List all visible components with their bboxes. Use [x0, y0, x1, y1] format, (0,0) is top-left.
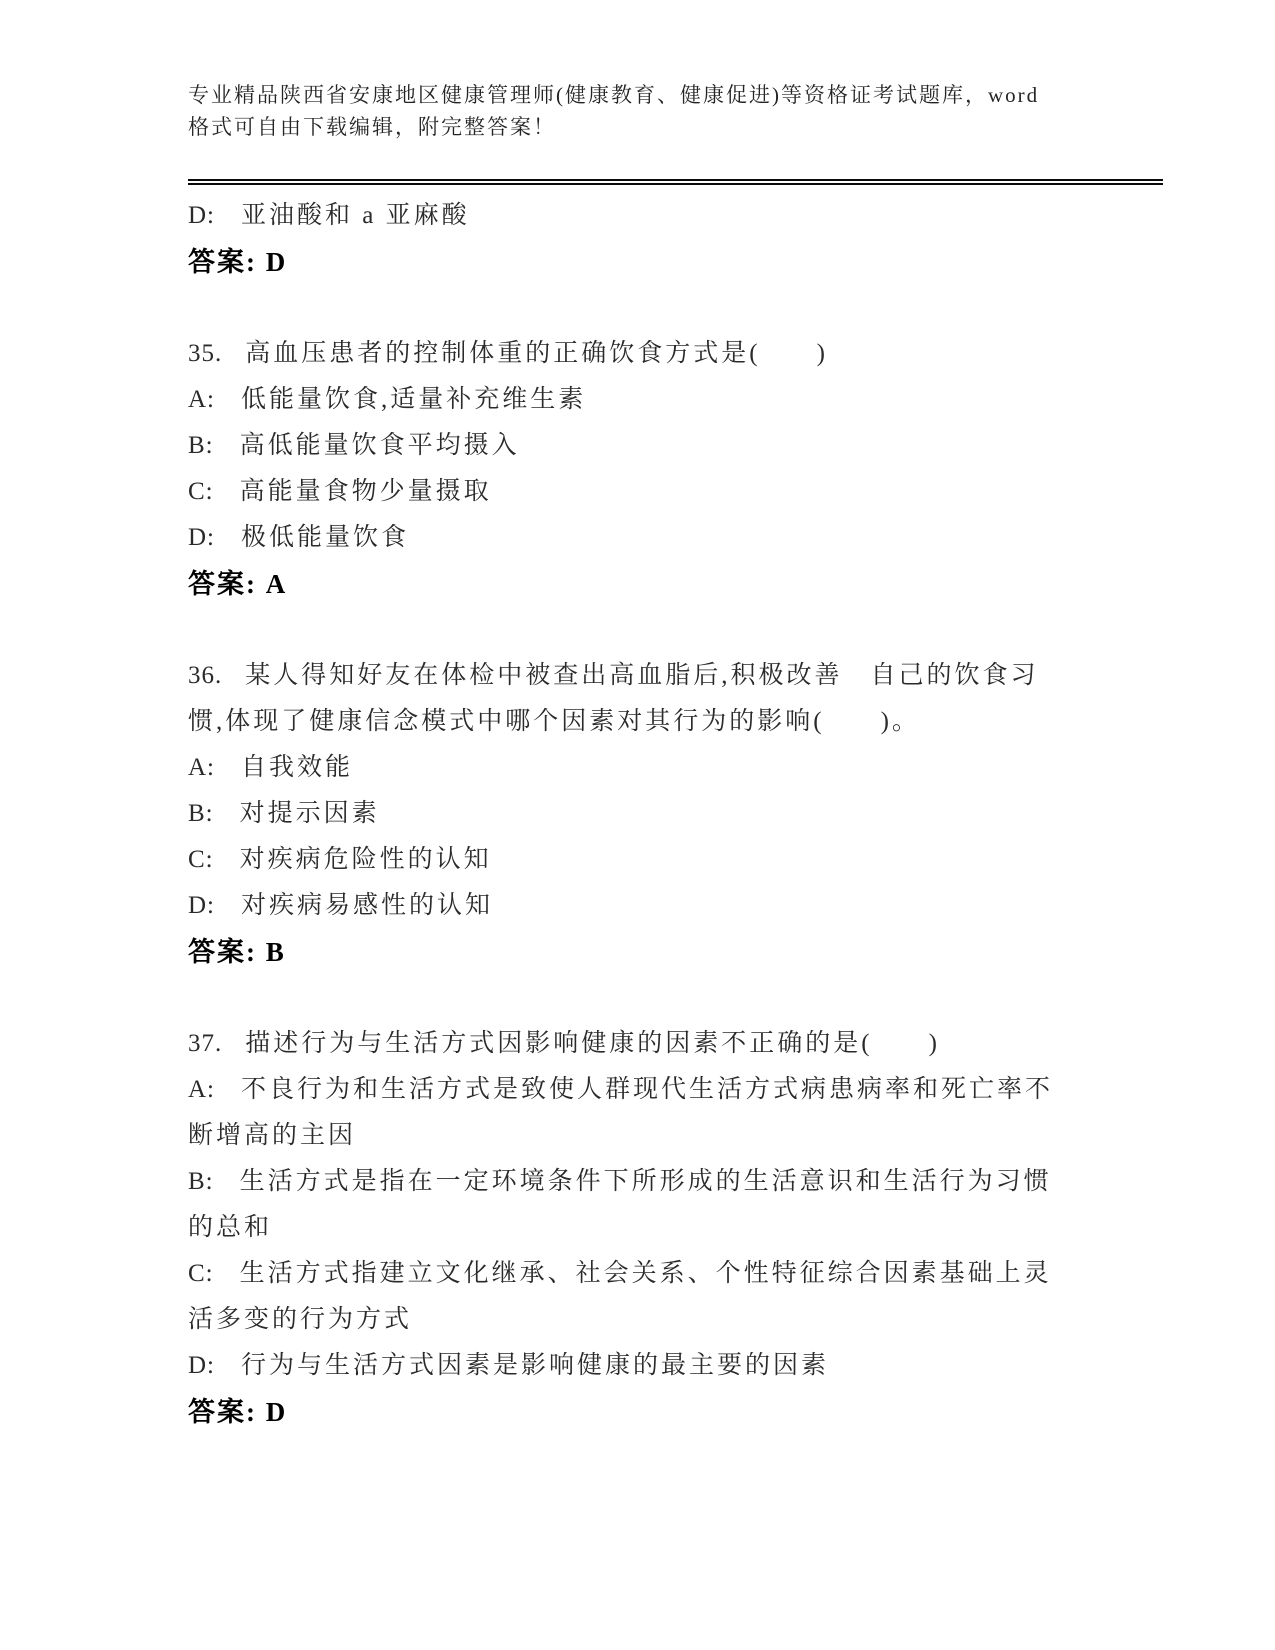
option-text: 自我效能 — [241, 754, 353, 781]
document-content: D:亚油酸和 a 亚麻酸 答案: D 35.高血压患者的控制体重的正确饮食方式是… — [188, 193, 1068, 1435]
option-line: D:行为与生活方式因素是影响健康的最主要的因素 — [188, 1343, 1068, 1389]
option-label: D: — [188, 193, 215, 239]
option-label: C: — [188, 469, 214, 515]
option-label: C: — [188, 1251, 214, 1297]
option-label: C: — [188, 837, 214, 883]
option-text: 生活方式是指在一定环境条件下所形成的生活意识和生活行为习惯的总和 — [188, 1168, 1052, 1241]
option-text: 对疾病危险性的认知 — [240, 846, 492, 873]
option-label: D: — [188, 1343, 215, 1389]
option-line: D:极低能量饮食 — [188, 515, 1068, 561]
option-label: B: — [188, 791, 214, 837]
option-line: D:对疾病易感性的认知 — [188, 883, 1068, 929]
question-stem: 36.某人得知好友在体检中被查出高血脂后,积极改善 自己的饮食习惯,体现了健康信… — [188, 653, 1068, 745]
option-label: A: — [188, 1067, 215, 1113]
option-line: A:低能量饮食,适量补充维生素 — [188, 377, 1068, 423]
question-number: 36. — [188, 653, 222, 699]
answer-line: 答案: D — [188, 239, 1068, 285]
question-stem-text: 描述行为与生活方式因影响健康的因素不正确的是( ) — [245, 1030, 940, 1057]
option-text: 不良行为和生活方式是致使人群现代生活方式病患病率和死亡率不断增高的主因 — [188, 1076, 1053, 1149]
option-label: D: — [188, 515, 215, 561]
option-text: 高能量食物少量摄取 — [240, 478, 492, 505]
answer-line: 答案: A — [188, 561, 1068, 607]
option-label: D: — [188, 883, 215, 929]
option-label: B: — [188, 1159, 214, 1205]
answer-line: 答案: D — [188, 1389, 1068, 1435]
option-line: C:高能量食物少量摄取 — [188, 469, 1068, 515]
option-line: C:对疾病危险性的认知 — [188, 837, 1068, 883]
option-label: A: — [188, 745, 215, 791]
option-text: 极低能量饮食 — [241, 524, 409, 551]
option-text: 对提示因素 — [240, 800, 380, 827]
question-number: 37. — [188, 1021, 222, 1067]
option-text: 亚油酸和 a 亚麻酸 — [241, 202, 470, 229]
option-label: B: — [188, 423, 214, 469]
question-block-36: 36.某人得知好友在体检中被查出高血脂后,积极改善 自己的饮食习惯,体现了健康信… — [188, 653, 1068, 975]
question-block-37: 37.描述行为与生活方式因影响健康的因素不正确的是( ) A:不良行为和生活方式… — [188, 1021, 1068, 1435]
option-line: B:对提示因素 — [188, 791, 1068, 837]
question-number: 35. — [188, 331, 222, 377]
option-line: D:亚油酸和 a 亚麻酸 — [188, 193, 1068, 239]
option-line: B:高低能量饮食平均摄入 — [188, 423, 1068, 469]
option-label: A: — [188, 377, 215, 423]
header-text: 专业精品陕西省安康地区健康管理师(健康教育、健康促进)等资格证考试题库，word… — [188, 83, 1039, 139]
question-stem-text: 某人得知好友在体检中被查出高血脂后,积极改善 自己的饮食习惯,体现了健康信念模式… — [188, 662, 1039, 735]
header-divider — [188, 179, 1163, 185]
option-text: 行为与生活方式因素是影响健康的最主要的因素 — [241, 1352, 829, 1379]
question-stem: 35.高血压患者的控制体重的正确饮食方式是( ) — [188, 331, 1068, 377]
option-line: C:生活方式指建立文化继承、社会关系、个性特征综合因素基础上灵活多变的行为方式 — [188, 1251, 1068, 1343]
option-text: 低能量饮食,适量补充维生素 — [241, 386, 586, 413]
option-line: A:不良行为和生活方式是致使人群现代生活方式病患病率和死亡率不断增高的主因 — [188, 1067, 1068, 1159]
question-block-35: 35.高血压患者的控制体重的正确饮食方式是( ) A:低能量饮食,适量补充维生素… — [188, 331, 1068, 607]
page-header: 专业精品陕西省安康地区健康管理师(健康教育、健康促进)等资格证考试题库，word… — [188, 79, 1048, 143]
option-text: 对疾病易感性的认知 — [241, 892, 493, 919]
answer-line: 答案: B — [188, 929, 1068, 975]
option-text: 生活方式指建立文化继承、社会关系、个性特征综合因素基础上灵活多变的行为方式 — [188, 1260, 1052, 1333]
question-stem-text: 高血压患者的控制体重的正确饮食方式是( ) — [245, 340, 828, 367]
option-text: 高低能量饮食平均摄入 — [240, 432, 520, 459]
question-stem: 37.描述行为与生活方式因影响健康的因素不正确的是( ) — [188, 1021, 1068, 1067]
question-block-34-tail: D:亚油酸和 a 亚麻酸 答案: D — [188, 193, 1068, 285]
document-page: 专业精品陕西省安康地区健康管理师(健康教育、健康促进)等资格证考试题库，word… — [0, 0, 1275, 1650]
option-line: A:自我效能 — [188, 745, 1068, 791]
option-line: B:生活方式是指在一定环境条件下所形成的生活意识和生活行为习惯的总和 — [188, 1159, 1068, 1251]
